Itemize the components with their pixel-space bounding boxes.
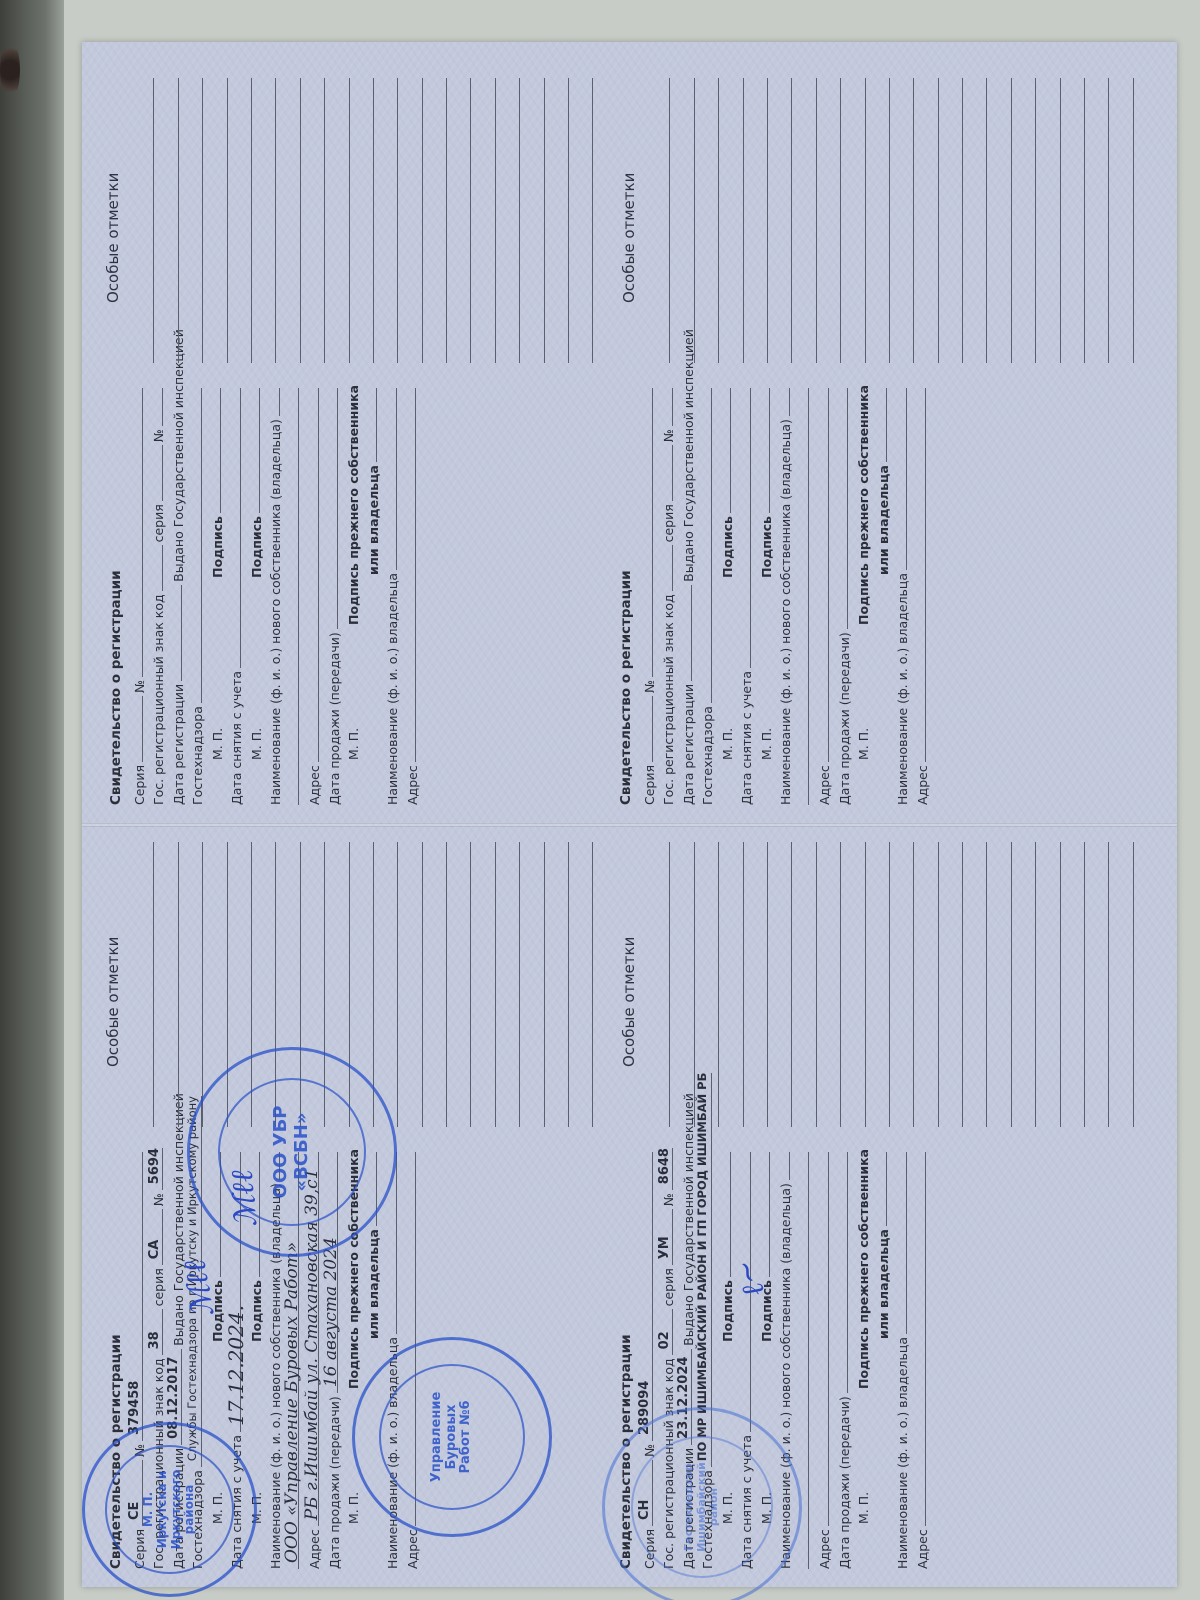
stamp-place-label: М. П. xyxy=(858,1492,871,1569)
or-owner-label: или владельца xyxy=(878,465,891,575)
owner-address-line xyxy=(911,388,926,762)
gostehnadzor-label: Гостехнадзора xyxy=(702,706,715,805)
owner-address-label: Адрес xyxy=(407,765,420,805)
code-value: 38 xyxy=(148,1309,163,1355)
deregistration-row: Дата снятия с учета xyxy=(224,385,244,805)
plate-series-value: СА xyxy=(148,1209,163,1265)
gostehnadzor-ishimbay-stamp: Гостехнадзор Ишимбайский район xyxy=(602,1407,802,1600)
address-line xyxy=(814,388,829,762)
issued-by-label: Выдано Государственной инспекцией xyxy=(173,329,186,582)
owner-address-row: Адрес xyxy=(400,385,420,805)
owner-address-row: Адрес xyxy=(910,385,930,805)
code-value xyxy=(148,545,163,591)
number-value: 289094 xyxy=(638,1152,653,1441)
sale-date-row: Дата продажи (передачи) xyxy=(832,385,852,805)
address-row: Адрес xyxy=(812,1149,832,1569)
plate-number-label: № xyxy=(153,429,166,442)
gostehnadzor-irkutsk-stamp: М. П. Иркутска и Иркутского района xyxy=(82,1422,257,1597)
reg-date-row: Дата регистрации Выдано Государственной … xyxy=(166,385,186,805)
special-notes-4: Особые отметки xyxy=(620,78,1134,363)
sale-date-label: Дата продажи (передачи) xyxy=(839,1396,852,1569)
code-label: код xyxy=(663,1358,676,1382)
code-value xyxy=(658,545,673,591)
deregistration-label: Дата снятия с учета xyxy=(741,671,754,805)
gostehnadzor-label: Гостехнадзора xyxy=(192,706,205,805)
inspector-signature-2: ℳℓℓ xyxy=(225,1169,265,1229)
signature-label: Подпись xyxy=(722,516,735,578)
plate-number-value xyxy=(148,388,163,426)
series-number-row: Серия № xyxy=(127,385,147,805)
booklet-fold xyxy=(82,823,1177,827)
reg-date-label: Дата регистрации xyxy=(683,684,696,805)
prev-owner-signature-line xyxy=(872,1152,887,1226)
or-owner-label: или владельца xyxy=(878,1229,891,1339)
reg-date-value xyxy=(677,585,692,681)
special-notes-title: Особые отметки xyxy=(620,842,638,1127)
signature-line xyxy=(716,388,731,513)
address-row: Адрес xyxy=(812,385,832,805)
owner-address-label: Адрес xyxy=(917,765,930,805)
address-label: Адрес xyxy=(819,1529,832,1569)
sale-date-line xyxy=(323,388,338,629)
plate-label: Гос. регистрационный знак xyxy=(663,622,676,805)
signature-line xyxy=(755,388,770,513)
owner-name-label: Наименование (ф. и. о.) владельца xyxy=(387,573,400,805)
signature-label: Подпись xyxy=(761,516,774,578)
owner-name-row: Наименование (ф. и. о.) владельца xyxy=(890,385,910,805)
stamp-place-label: М. П. xyxy=(212,728,225,805)
code-value: 02 xyxy=(658,1309,673,1355)
sale-date-label: Дата продажи (передачи) xyxy=(329,1396,342,1569)
owner-name-line xyxy=(382,388,397,570)
prev-owner-signature-line xyxy=(872,388,887,462)
reg-date-value xyxy=(167,585,182,681)
signature-line xyxy=(716,1152,731,1277)
wooden-surface xyxy=(0,0,64,1600)
owner-address-line xyxy=(911,1152,926,1526)
plate-series-label: серия xyxy=(153,1268,166,1306)
special-notes-title: Особые отметки xyxy=(620,78,638,363)
issued-by-label: Выдано Государственной инспекцией xyxy=(683,1093,696,1346)
stamp-place-label: М. П. xyxy=(858,728,871,805)
code-label: код xyxy=(153,594,166,618)
plate-series-label: серия xyxy=(663,1268,676,1306)
ubr-bashkortostan-stamp: Управление Буровых Работ №6 xyxy=(352,1337,552,1537)
code-label: код xyxy=(153,1358,166,1382)
address-row: Адрес xyxy=(302,385,322,805)
plate-series-value: УМ xyxy=(658,1209,673,1265)
stamp-place-label: М. П. xyxy=(761,728,774,805)
issued-by-label: Выдано Государственной инспекцией xyxy=(173,1093,186,1346)
stamp-place-label: М. П. xyxy=(251,728,264,805)
sale-date-row: Дата продажи (передачи) xyxy=(322,385,342,805)
blank-line-row xyxy=(283,385,303,805)
owner-name-row: Наименование (ф. и. о.) владельца xyxy=(890,1149,910,1569)
or-owner-row: или владельца xyxy=(361,385,381,805)
document-photo: Свидетельство о регистрации Серия СЕ № 3… xyxy=(82,42,1177,1587)
number-value: 379458 xyxy=(128,1152,143,1441)
number-label: № xyxy=(644,680,657,693)
issued-by-label: Выдано Государственной инспекцией xyxy=(683,329,696,582)
plate-row: Гос. регистрационный знак код серия № xyxy=(146,385,166,805)
sale-date-label: Дата продажи (передачи) xyxy=(329,632,342,805)
plate-series-label: серия xyxy=(153,504,166,542)
code-label: код xyxy=(663,594,676,618)
new-owner-line xyxy=(775,1152,790,1180)
series-number-row: Серия № xyxy=(637,385,657,805)
certificate-title: Свидетельство о регистрации xyxy=(110,385,124,805)
signature-label: Подпись xyxy=(722,1280,735,1342)
new-owner-label: Наименование (ф. и. о.) нового собственн… xyxy=(270,419,283,805)
or-owner-label: или владельца xyxy=(368,465,381,575)
number-value xyxy=(638,388,653,677)
or-owner-row: или владельца xyxy=(871,1149,891,1569)
prev-owner-signature-label: Подпись прежнего собственника xyxy=(858,1149,871,1389)
signature-label: Подпись xyxy=(251,1280,264,1342)
address-label: Адрес xyxy=(309,765,322,805)
owner-name-line xyxy=(892,1152,907,1334)
certificate-block-4: Свидетельство о регистрации Серия № Гос.… xyxy=(620,385,929,805)
blank-line xyxy=(794,388,809,805)
stamp-signature-row: М. П. Подпись xyxy=(205,385,225,805)
series-value xyxy=(128,696,143,762)
number-value xyxy=(128,388,143,677)
sale-date-row: Дата продажи (передачи) xyxy=(832,1149,852,1569)
stamp-signature-row-2: М. П. Подпись xyxy=(754,385,774,805)
special-notes-2: Особые отметки xyxy=(620,842,1134,1127)
owner-name-line xyxy=(892,388,907,570)
stamp-place-label: М. П. xyxy=(348,728,361,805)
certificate-title: Свидетельство о регистрации xyxy=(620,385,634,805)
sale-date-line xyxy=(833,1152,848,1393)
blank-line xyxy=(284,388,299,805)
number-label: № xyxy=(134,680,147,693)
or-owner-label: или владельца xyxy=(368,1229,381,1339)
plate-row: Гос. регистрационный знак код серия № xyxy=(656,385,676,805)
gostehnadzor-line xyxy=(187,388,202,703)
special-notes-3: Особые отметки xyxy=(104,78,593,363)
prev-owner-signature-label: Подпись прежнего собственника xyxy=(348,385,361,625)
prev-owner-signature-line xyxy=(362,388,377,462)
address-label: Адрес xyxy=(819,765,832,805)
new-owner-label: Наименование (ф. и. о.) нового собственн… xyxy=(780,419,793,805)
stamp-place-label: М. П. xyxy=(348,1492,361,1569)
series-label: Серия xyxy=(134,765,147,805)
plate-number-label: № xyxy=(153,1193,166,1206)
address-line xyxy=(814,1152,829,1526)
new-owner-row: Наименование (ф. и. о.) нового собственн… xyxy=(263,385,283,805)
owner-address-label: Адрес xyxy=(917,1529,930,1569)
new-owner-line xyxy=(265,388,280,416)
right-page: Свидетельство о регистрации Серия № Гос.… xyxy=(82,63,1177,823)
left-page: Свидетельство о регистрации Серия СЕ № 3… xyxy=(82,827,1177,1587)
signature-line xyxy=(206,388,221,513)
plate-number-value xyxy=(658,388,673,426)
plate-number-value: 5694 xyxy=(148,1148,163,1190)
plate-label: Гос. регистрационный знак xyxy=(153,622,166,805)
signature-label: Подпись xyxy=(251,516,264,578)
deregistration-row: Дата снятия с учета xyxy=(734,385,754,805)
gostehnadzor-line xyxy=(697,388,712,703)
blank-line-row xyxy=(793,385,813,805)
plate-number-value: 8648 xyxy=(658,1148,673,1190)
new-owner-line xyxy=(775,388,790,416)
owner-name-label: Наименование (ф. и. о.) владельца xyxy=(897,573,910,805)
vsbn-irkutsk-stamp: ООО УБР «ВСБН» xyxy=(187,1047,397,1257)
signature-line xyxy=(245,388,260,513)
certificate-block-3: Свидетельство о регистрации Серия № Гос.… xyxy=(110,385,419,805)
deregistration-line xyxy=(736,388,751,668)
gostehnadzor-row: Гостехнадзора xyxy=(185,385,205,805)
owner-address-line xyxy=(401,388,416,762)
plate-series-label: серия xyxy=(663,504,676,542)
deregistration-label: Дата снятия с учета xyxy=(231,671,244,805)
gostehnadzor-row: Гостехнадзора xyxy=(695,385,715,805)
special-notes-title: Особые отметки xyxy=(104,78,122,363)
prev-owner-signature-row: М. П. Подпись прежнего собственника xyxy=(851,385,871,805)
prev-owner-signature-row: М. П. Подпись прежнего собственника xyxy=(341,385,361,805)
prev-owner-signature-row: М. П. Подпись прежнего собственника xyxy=(851,1149,871,1569)
special-notes-title: Особые отметки xyxy=(104,842,122,1127)
reg-date-row: Дата регистрации Выдано Государственной … xyxy=(676,385,696,805)
registration-certificate-spread: Свидетельство о регистрации Серия СЕ № 3… xyxy=(82,42,1177,1587)
or-owner-row: или владельца xyxy=(871,385,891,805)
series-label: Серия xyxy=(644,765,657,805)
new-owner-row: Наименование (ф. и. о.) нового собственн… xyxy=(773,385,793,805)
plate-series-value xyxy=(658,445,673,501)
plate-series-value xyxy=(148,445,163,501)
owner-name-row: Наименование (ф. и. о.) владельца xyxy=(380,385,400,805)
stamp-place-label: М. П. xyxy=(722,728,735,805)
sale-date-label: Дата продажи (передачи) xyxy=(839,632,852,805)
owner-address-label: Адрес xyxy=(407,1529,420,1569)
owner-name-label: Наименование (ф. и. о.) владельца xyxy=(897,1337,910,1569)
owner-address-row: Адрес xyxy=(910,1149,930,1569)
prev-owner-signature-label: Подпись прежнего собственника xyxy=(858,385,871,625)
address-label: Адрес xyxy=(309,1529,322,1569)
address-line xyxy=(304,388,319,762)
deregistration-line xyxy=(226,388,241,668)
reg-date-label: Дата регистрации xyxy=(173,684,186,805)
plate-number-label: № xyxy=(663,429,676,442)
signature-label: Подпись xyxy=(212,516,225,578)
sale-date-line xyxy=(833,388,848,629)
stamp-signature-row: М. П. Подпись xyxy=(715,385,735,805)
plate-number-label: № xyxy=(663,1193,676,1206)
stamp-signature-row-2: М. П. Подпись xyxy=(244,385,264,805)
wood-knot xyxy=(0,40,20,100)
series-value xyxy=(638,696,653,762)
